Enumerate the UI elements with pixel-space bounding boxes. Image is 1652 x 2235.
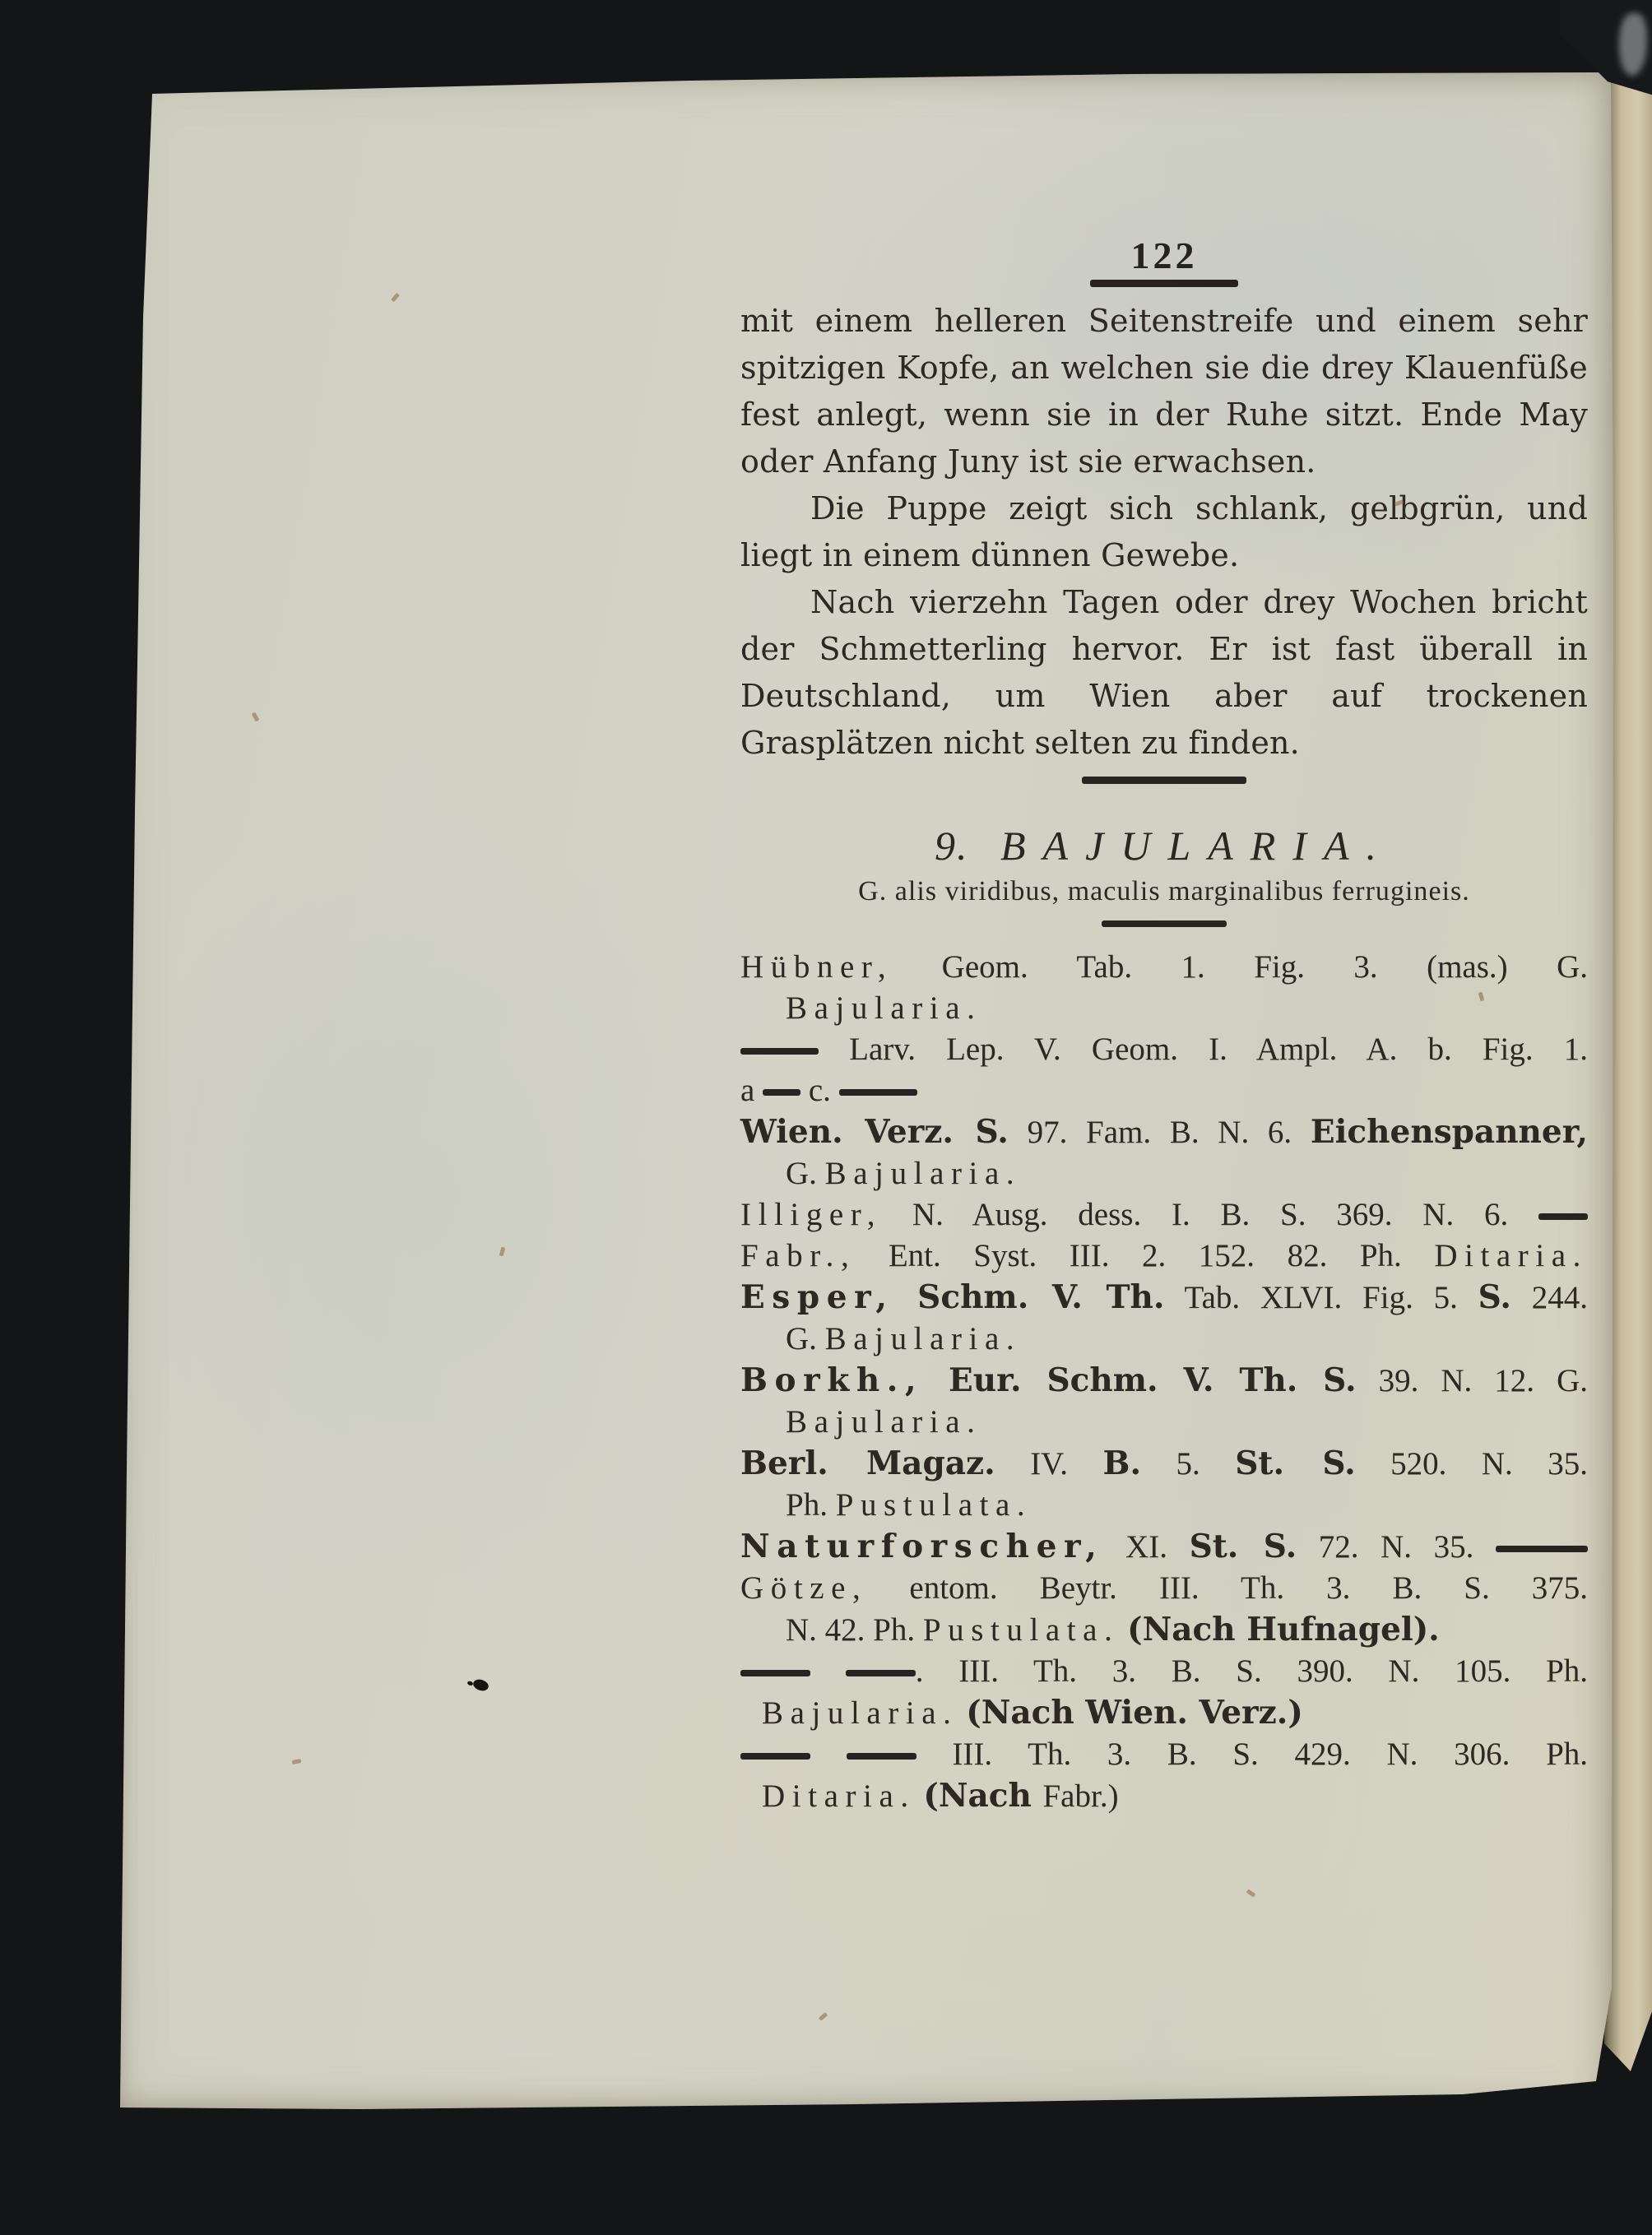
reference-text: XI.: [1103, 1529, 1189, 1565]
reference-text: [958, 1695, 967, 1731]
paragraph-pupa: Die Puppe zeigt sich schlank, gelbgrün, …: [740, 485, 1588, 579]
reference-text: Eur. Schm. V. Th. S.: [949, 1361, 1357, 1399]
reference-line: Ph. Pustulata.: [740, 1485, 1588, 1526]
paper-fleck: [819, 2012, 828, 2021]
reference-line: . III. Th. 3. B. S. 390. N. 105. Ph.: [740, 1651, 1588, 1692]
em-dash-rule: [740, 1753, 810, 1760]
reference-text: entom. Beytr. III. Th. 3. B. S. 375.: [867, 1570, 1588, 1606]
reference-text: G.: [786, 1321, 825, 1356]
reference-line: Hübner, Geom. Tab. 1. Fig. 3. (mas.) G.: [740, 947, 1588, 988]
reference-line: Esper, Schm. V. Th. Tab. XLVI. Fig. 5. S…: [740, 1277, 1588, 1319]
em-dash-rule: [839, 1089, 917, 1096]
reference-text: Schm. V. Th.: [917, 1278, 1164, 1316]
reference-line: Fabr., Ent. Syst. III. 2. 152. 82. Ph. D…: [740, 1236, 1588, 1277]
book-page: 122 mit einem helleren Seitenstreife und…: [114, 71, 1614, 2114]
reference-text: (Nach Wien. Verz.): [966, 1694, 1303, 1732]
reference-text: St. S.: [1190, 1528, 1297, 1565]
em-dash-rule: [740, 1048, 819, 1055]
reference-text: Pustulata.: [923, 1612, 1120, 1648]
text-column: mit einem helleren Seitenstreife und ein…: [740, 298, 1588, 1817]
paper-fleck: [292, 1759, 302, 1764]
em-dash-rule: [740, 1670, 810, 1676]
reference-text: Bajularia.: [786, 1404, 982, 1440]
paper-fleck: [252, 712, 260, 721]
references-list: Hübner, Geom. Tab. 1. Fig. 3. (mas.) G.B…: [740, 947, 1588, 1817]
reference-line: Berl. Magaz. IV. B. 5. St. S. 520. N. 35…: [740, 1443, 1588, 1485]
reference-text: Tab. XLVI. Fig. 5.: [1164, 1280, 1478, 1315]
reference-text: 244.: [1511, 1280, 1588, 1315]
reference-line: G. Bajularia.: [740, 1319, 1588, 1360]
reference-text: 72. N. 35.: [1297, 1529, 1496, 1565]
paper-fleck: [499, 1247, 506, 1257]
reference-text: . III. Th. 3. B. S. 390. N. 105. Ph.: [916, 1653, 1588, 1689]
reference-text: N. Ausg. dess. I. B. S. 369. N. 6.: [882, 1197, 1538, 1232]
reference-text: [810, 1737, 847, 1772]
paragraph-imago: Nach vierzehn Tagen oder drey Wochen bri…: [740, 579, 1588, 767]
species-name: BAJULARIA.: [1000, 823, 1394, 869]
reference-text: [916, 1778, 924, 1814]
reference-text: 520. N. 35.: [1356, 1446, 1588, 1481]
em-dash-rule: [1496, 1546, 1588, 1552]
paper-fleck: [391, 293, 400, 303]
em-dash-rule: [846, 1670, 916, 1676]
reference-line: N. 42. Ph. Pustulata. (Nach Hufnagel).: [740, 1609, 1588, 1651]
ink-blot: [471, 1677, 490, 1692]
reference-line: Ditaria. (Nach Fabr.): [740, 1775, 1588, 1817]
reference-text: Borkh.,: [740, 1361, 923, 1399]
reference-text: N. 42. Ph.: [786, 1612, 923, 1648]
reference-line: Naturforscher, XI. St. S. 72. N. 35.: [740, 1526, 1588, 1568]
reference-line: Bajularia.: [740, 1402, 1588, 1443]
reference-text: 5.: [1141, 1446, 1235, 1481]
reference-text: Bajularia.: [762, 1695, 958, 1731]
reference-text: G.: [786, 1156, 825, 1191]
subtitle-divider-rule: [1102, 920, 1227, 927]
reference-line: Wien. Verz. S. 97. Fam. B. N. 6. Eichens…: [740, 1111, 1588, 1153]
reference-line: Bajularia. (Nach Wien. Verz.): [740, 1692, 1588, 1734]
reference-text: [894, 1278, 918, 1316]
reference-text: [1119, 1612, 1127, 1648]
reference-text: Naturforscher,: [740, 1528, 1103, 1565]
reference-line: Bajularia.: [740, 988, 1588, 1029]
reference-text: B.: [1103, 1444, 1142, 1482]
reference-line: III. Th. 3. B. S. 429. N. 306. Ph.: [740, 1734, 1588, 1775]
reference-line: Illiger, N. Ausg. dess. I. B. S. 369. N.…: [740, 1194, 1588, 1236]
reference-text: Eichenspanner,: [1311, 1113, 1588, 1151]
reference-text: Geom. Tab. 1. Fig. 3. (mas.) G.: [893, 949, 1588, 985]
reference-text: [923, 1361, 949, 1399]
reference-text: Ditaria.: [762, 1778, 916, 1814]
reference-text: IV.: [995, 1446, 1103, 1481]
reference-line: a c.: [740, 1070, 1588, 1111]
reference-line: Larv. Lep. V. Geom. I. Ampl. A. b. Fig. …: [740, 1029, 1588, 1070]
reference-text: Fabr.,: [740, 1238, 856, 1273]
reference-line: Götze, entom. Beytr. III. Th. 3. B. S. 3…: [740, 1568, 1588, 1609]
reference-text: c.: [800, 1073, 839, 1108]
reference-text: Larv. Lep. V. Geom. I. Ampl. A. b. Fig. …: [819, 1032, 1588, 1067]
reference-text: Fabr.): [1042, 1778, 1118, 1814]
scan-background: 122 mit einem helleren Seitenstreife und…: [0, 0, 1652, 2235]
reference-text: Götze,: [740, 1570, 867, 1606]
reference-text: 39. N. 12. G.: [1357, 1363, 1588, 1398]
reference-line: Borkh., Eur. Schm. V. Th. S. 39. N. 12. …: [740, 1360, 1588, 1402]
reference-text: Bajularia.: [825, 1321, 1022, 1356]
reference-text: Ph.: [786, 1487, 836, 1523]
em-dash-rule: [763, 1089, 800, 1096]
reference-text: III. Th. 3. B. S. 429. N. 306. Ph.: [916, 1737, 1588, 1772]
reference-text: [810, 1653, 846, 1689]
em-dash-rule: [847, 1753, 916, 1760]
reference-text: Esper,: [740, 1278, 894, 1316]
section-divider-rule: [1082, 777, 1246, 784]
reference-text: Bajularia.: [825, 1156, 1022, 1191]
reference-text: Wien. Verz. S.: [740, 1113, 1009, 1151]
page-number-rule: [1090, 280, 1238, 287]
reference-text: Illiger,: [740, 1197, 882, 1232]
reference-text: 97. Fam. B. N. 6.: [1009, 1115, 1311, 1150]
reference-text: a: [740, 1073, 763, 1108]
species-heading: 9. BAJULARIA.: [740, 822, 1588, 869]
paragraph-continuation: mit einem helleren Seitenstreife und ein…: [740, 298, 1588, 485]
reference-text: St. S.: [1235, 1444, 1355, 1482]
reference-text: Pustulata.: [836, 1487, 1032, 1523]
reference-text: Ditaria.: [1434, 1238, 1588, 1273]
reference-text: Hübner,: [740, 949, 893, 985]
latin-diagnosis: G. alis viridibus, maculis marginalibus …: [740, 876, 1588, 907]
running-head: 122: [740, 234, 1588, 287]
reference-line: G. Bajularia.: [740, 1153, 1588, 1194]
em-dash-rule: [1538, 1213, 1588, 1220]
page-number: 122: [740, 234, 1588, 277]
reference-text: S.: [1478, 1278, 1511, 1316]
reference-text: (Nach: [923, 1777, 1042, 1815]
species-number: 9.: [935, 823, 969, 869]
paper-fleck: [1246, 1889, 1256, 1897]
reference-text: Bajularia.: [786, 990, 982, 1026]
reference-text: (Nach Hufnagel).: [1127, 1611, 1440, 1648]
reference-text: Ent. Syst. III. 2. 152. 82. Ph.: [856, 1238, 1434, 1273]
reference-text: Berl. Magaz.: [740, 1444, 995, 1482]
